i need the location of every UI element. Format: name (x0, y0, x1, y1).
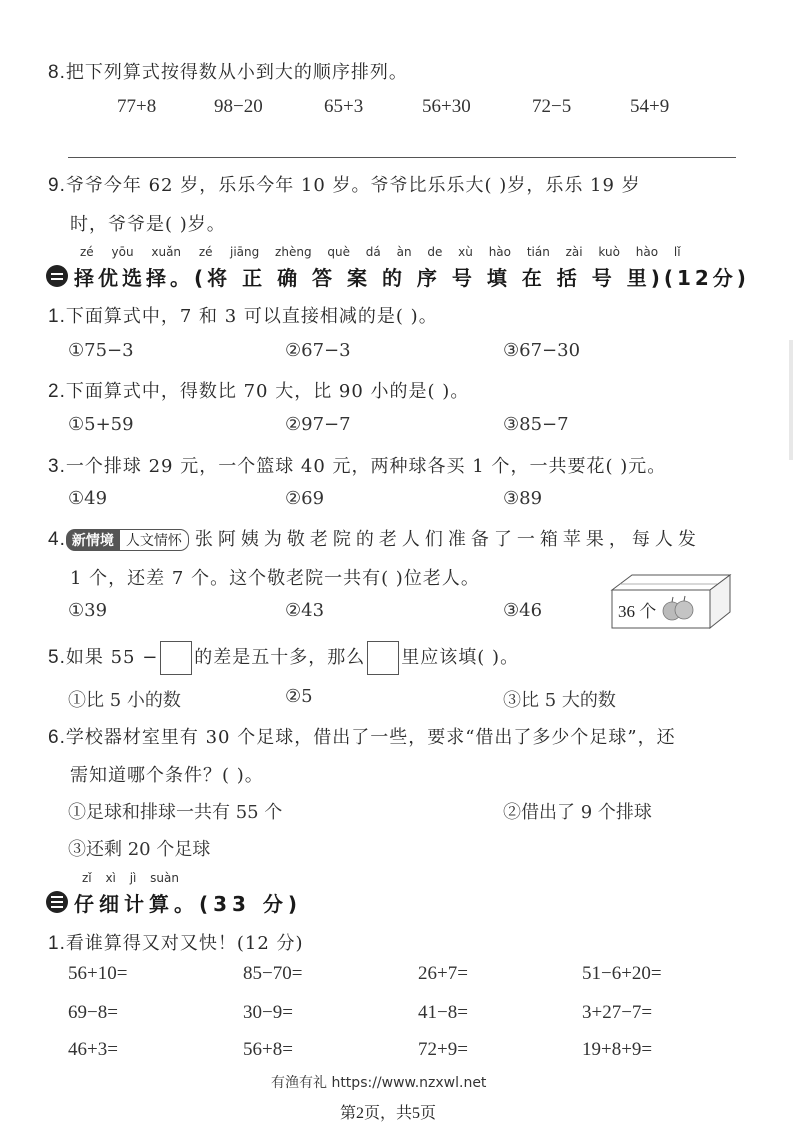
blank-box[interactable] (160, 641, 192, 675)
blank-box[interactable] (367, 641, 399, 675)
question-text: 一个排球 29 元，一个篮球 40 元，两种球各买 1 个，一共要花( )元。 (66, 456, 666, 477)
calc-item[interactable]: 85−70= (243, 963, 302, 985)
question-text: 下面算式中，得数比 70 大，比 90 小的是( )。 (66, 381, 469, 402)
option-1[interactable]: ①比 5 小的数 (68, 686, 181, 712)
option-3[interactable]: ③89 (503, 488, 542, 509)
answer-line[interactable] (68, 157, 736, 158)
section-3-badge-icon (46, 891, 68, 913)
question-number: 1. (48, 933, 66, 954)
calc-item[interactable]: 3+27−7= (582, 1002, 652, 1024)
calc-item[interactable]: 56+10= (68, 963, 127, 985)
expression: 98−20 (214, 96, 263, 118)
s2-question-1: 1.下面算式中，7 和 3 可以直接相减的是( )。 (48, 302, 438, 328)
option-2[interactable]: ②69 (285, 488, 324, 509)
calc-item[interactable]: 69−8= (68, 1002, 118, 1024)
option-1[interactable]: ①足球和排球一共有 55 个 (68, 798, 282, 824)
option-2[interactable]: ②5 (285, 686, 313, 707)
question-text: 把下列算式按得数从小到大的顺序排列。 (66, 62, 408, 83)
calc-item[interactable]: 51−6+20= (582, 963, 662, 985)
s3-question-1: 1.看谁算得又对又快！(12 分) (48, 929, 304, 955)
option-2[interactable]: ②67−3 (285, 340, 351, 361)
expression: 72−5 (532, 96, 571, 118)
expression: 56+30 (422, 96, 471, 118)
s2-question-4-line1: 4.新情境人文情怀张阿姨为敬老院的老人们准备了一箱苹果，每人发 (48, 525, 701, 551)
s2-question-2: 2.下面算式中，得数比 70 大，比 90 小的是( )。 (48, 377, 469, 403)
s2-question-6-line2: 需知道哪个条件？( )。 (70, 761, 264, 787)
question-text: 看谁算得又对又快！(12 分) (66, 933, 304, 954)
s2-question-6-line1: 6.学校器材室里有 30 个足球，借出了一些，要求“借出了多少个足球”，还 (48, 723, 676, 749)
option-2[interactable]: ②43 (285, 600, 324, 621)
question-number: 1. (48, 306, 66, 327)
page-edge (789, 340, 793, 460)
question-number: 9. (48, 175, 66, 196)
question-text: 里应该填( )。 (401, 647, 519, 668)
calc-item[interactable]: 56+8= (243, 1039, 293, 1061)
calc-item[interactable]: 30−9= (243, 1002, 293, 1024)
section-2-title: 择优选择。(将 正 确 答 案 的 序 号 填 在 括 号 里)(12分) (74, 262, 750, 291)
calc-item[interactable]: 19+8+9= (582, 1039, 652, 1061)
question-9-line1: 9.爷爷今年 62 岁，乐乐今年 10 岁。爷爷比乐乐大( )岁，乐乐 19 岁 (48, 171, 641, 197)
tag-new-context: 新情境 (66, 529, 120, 551)
tag-group: 新情境人文情怀 (66, 529, 189, 551)
question-9-line2: 时，爷爷是( )岁。 (70, 210, 226, 236)
question-number: 2. (48, 381, 66, 402)
tag-humanistic: 人文情怀 (120, 529, 189, 551)
page-indicator: 第2页，共5页 (340, 1100, 436, 1122)
section-2-badge-icon (46, 265, 68, 287)
question-number: 8. (48, 62, 66, 83)
option-1[interactable]: ①49 (68, 488, 107, 509)
box-label: 36 个 (618, 597, 656, 622)
option-2[interactable]: ②97−7 (285, 414, 351, 435)
question-8: 8.把下列算式按得数从小到大的顺序排列。 (48, 58, 408, 84)
s2-question-3: 3.一个排球 29 元，一个篮球 40 元，两种球各买 1 个，一共要花( )元… (48, 452, 666, 478)
question-number: 5. (48, 647, 66, 668)
option-3[interactable]: ③还剩 20 个足球 (68, 835, 210, 861)
expression: 77+8 (117, 96, 156, 118)
option-3[interactable]: ③46 (503, 600, 542, 621)
section-2-pinyin-a: zé yōu xuǎn zé (80, 245, 213, 259)
option-1[interactable]: ①5+59 (68, 414, 134, 435)
question-number: 6. (48, 727, 66, 748)
apple-box-illustration: 36 个 (610, 570, 732, 630)
s2-question-4-line2: 1 个，还差 7 个。这个敬老院一共有( )位老人。 (70, 564, 480, 590)
option-3[interactable]: ③85−7 (503, 414, 569, 435)
question-text: 下面算式中，7 和 3 可以直接相减的是( )。 (66, 306, 438, 327)
option-1[interactable]: ①75−3 (68, 340, 134, 361)
section-3-pinyin: zǐ xì jì suàn (82, 871, 179, 885)
section-3-title: 仔细计算。(33 分) (74, 888, 302, 917)
question-text: 爷爷今年 62 岁，乐乐今年 10 岁。爷爷比乐乐大( )岁，乐乐 19 岁 (66, 175, 641, 196)
expression: 54+9 (630, 96, 669, 118)
calc-item[interactable]: 46+3= (68, 1039, 118, 1061)
option-3[interactable]: ③67−30 (503, 340, 580, 361)
question-text: 如果 55 − (66, 647, 158, 668)
question-text: 的差是五十多，那么 (194, 647, 365, 668)
section-2-pinyin-b: jiāng zhèng què dá àn de xù hào tián zài… (230, 245, 681, 259)
watermark-link[interactable]: 有渔有礼 https://www.nzxwl.net (271, 1072, 486, 1092)
question-number: 3. (48, 456, 66, 477)
question-number: 4. (48, 529, 66, 550)
option-1[interactable]: ①39 (68, 600, 107, 621)
question-text: 张阿姨为敬老院的老人们准备了一箱苹果，每人发 (195, 529, 701, 550)
calc-item[interactable]: 41−8= (418, 1002, 468, 1024)
s2-question-5: 5.如果 55 −的差是五十多，那么里应该填( )。 (48, 641, 519, 675)
question-text: 学校器材室里有 30 个足球，借出了一些，要求“借出了多少个足球”，还 (66, 727, 676, 748)
calc-item[interactable]: 26+7= (418, 963, 468, 985)
expression: 65+3 (324, 96, 363, 118)
option-3[interactable]: ③比 5 大的数 (503, 686, 616, 712)
option-2[interactable]: ②借出了 9 个排球 (503, 798, 652, 824)
calc-item[interactable]: 72+9= (418, 1039, 468, 1061)
